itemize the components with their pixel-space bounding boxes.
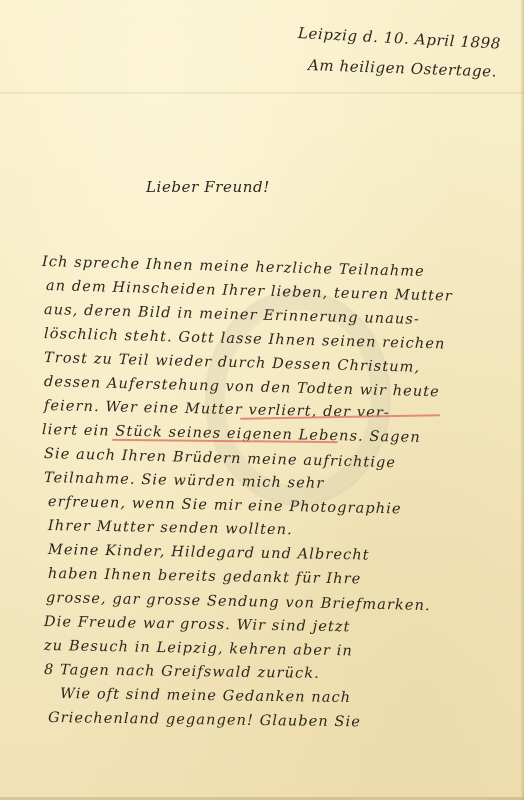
body-line: Wie oft sind meine Gedanken nach [60, 686, 351, 706]
paper-fold-line [0, 92, 524, 94]
letter-page: Leipzig d. 10. April 1898 Am heiligen Os… [0, 0, 524, 800]
place-date: Leipzig d. 10. April 1898 [298, 24, 502, 53]
body-line: Ich spreche Ihnen meine herzliche Teilna… [42, 254, 425, 280]
body-line: Ihrer Mutter senden wollten. [48, 518, 293, 538]
body-line: Meine Kinder, Hildegard und Albrecht [48, 542, 370, 564]
body-line: grosse, gar grosse Sendung von Briefmark… [46, 590, 431, 614]
occasion-line: Am heiligen Ostertage. [308, 56, 498, 81]
body-line: haben Ihnen bereits gedankt für Ihre [48, 566, 362, 587]
body-line: Griechenland gegangen! Glauben Sie [48, 710, 361, 730]
body-line: erfreuen, wenn Sie mir eine Photographie [48, 494, 402, 517]
body-line: zu Besuch in Leipzig, kehren aber in [44, 638, 353, 659]
body-line: 8 Tagen nach Greifswald zurück. [44, 662, 320, 682]
body-line: Die Freude war gross. Wir sind jetzt [44, 614, 351, 635]
salutation: Lieber Freund! [146, 178, 270, 196]
body-line: an dem Hinscheiden Ihrer lieben, teuren … [46, 278, 453, 305]
